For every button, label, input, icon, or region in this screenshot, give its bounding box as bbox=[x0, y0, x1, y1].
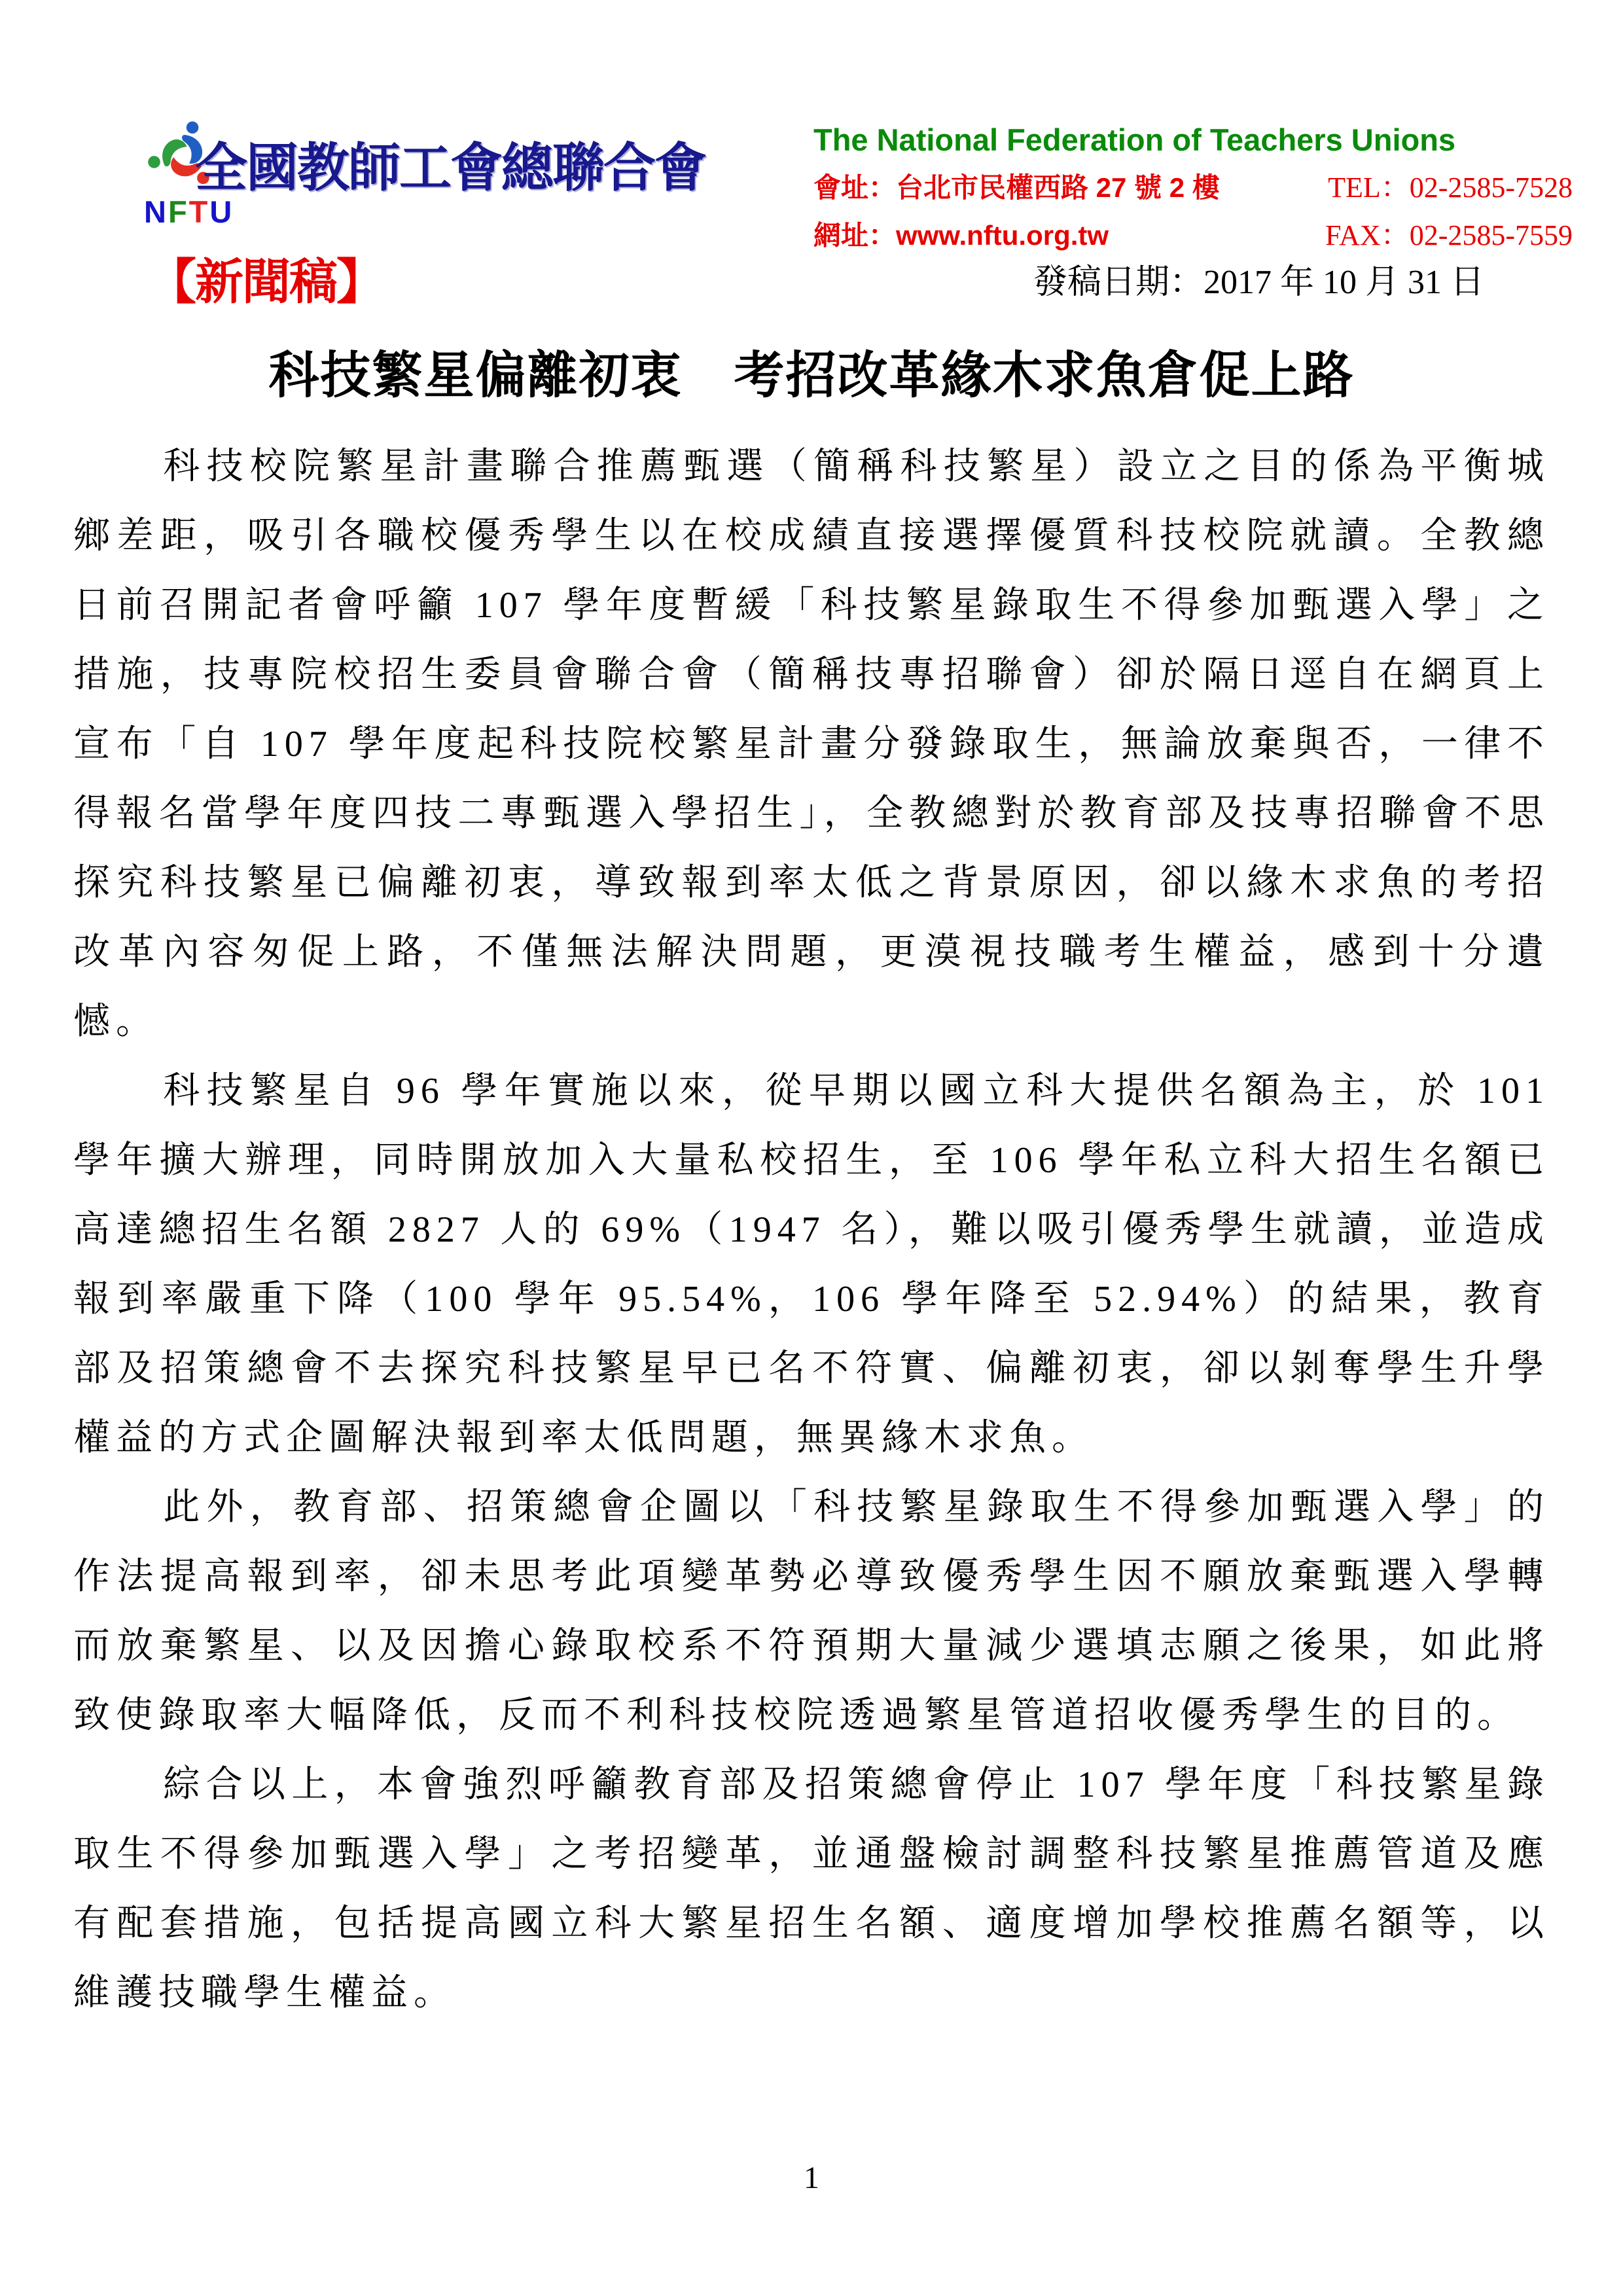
address-label: 會址：台北市民權西路 27 號 2 樓 bbox=[813, 166, 1220, 206]
tag-date-row: 【新聞稿】 發稿日期：2017 年 10 月 31 日 bbox=[148, 243, 1484, 313]
press-release-tag: 【新聞稿】 bbox=[148, 243, 383, 313]
article-title: 科技繁星偏離初衷 考招改革緣木求魚倉促上路 bbox=[0, 335, 1623, 408]
acronym-letter-f: F bbox=[168, 194, 189, 229]
article-body: 科技校院繁星計畫聯合推薦甄選（簡稱科技繁星）設立之目的係為平衡城鄉差距，吸引各職… bbox=[73, 432, 1550, 2028]
page-footer: 1 bbox=[0, 2160, 1623, 2196]
paragraph-3: 此外，教育部、招策總會企圖以「科技繁星錄取生不得參加甄選入學」的作法提高報到率，… bbox=[73, 1473, 1550, 1750]
paragraph-2: 科技繁星自 96 學年實施以來，從早期以國立科大提供名額為主，於 101 學年擴… bbox=[73, 1056, 1550, 1473]
org-name-english: The National Federation of Teachers Unio… bbox=[813, 122, 1573, 158]
org-name-chinese: 全國教師工會總聯合會 bbox=[195, 126, 719, 201]
release-date: 發稿日期：2017 年 10 月 31 日 bbox=[1033, 254, 1484, 303]
address-tel-row: 會址：台北市民權西路 27 號 2 樓 TEL：02-2585-7528 bbox=[813, 164, 1573, 206]
document-page: NFTU 全國教師工會總聯合會 The National Federation … bbox=[0, 0, 1623, 2296]
paragraph-1: 科技校院繁星計畫聯合推薦甄選（簡稱科技繁星）設立之目的係為平衡城鄉差距，吸引各職… bbox=[73, 432, 1550, 1056]
contact-block: The National Federation of Teachers Unio… bbox=[813, 122, 1573, 253]
tel-label: TEL：02-2585-7528 bbox=[1328, 164, 1573, 206]
acronym-letter-n: N bbox=[144, 194, 168, 229]
page-number: 1 bbox=[804, 2161, 819, 2195]
paragraph-4: 綜合以上，本會強烈呼籲教育部及招策總會停止 107 學年度「科技繁星錄取生不得參… bbox=[73, 1750, 1550, 2028]
